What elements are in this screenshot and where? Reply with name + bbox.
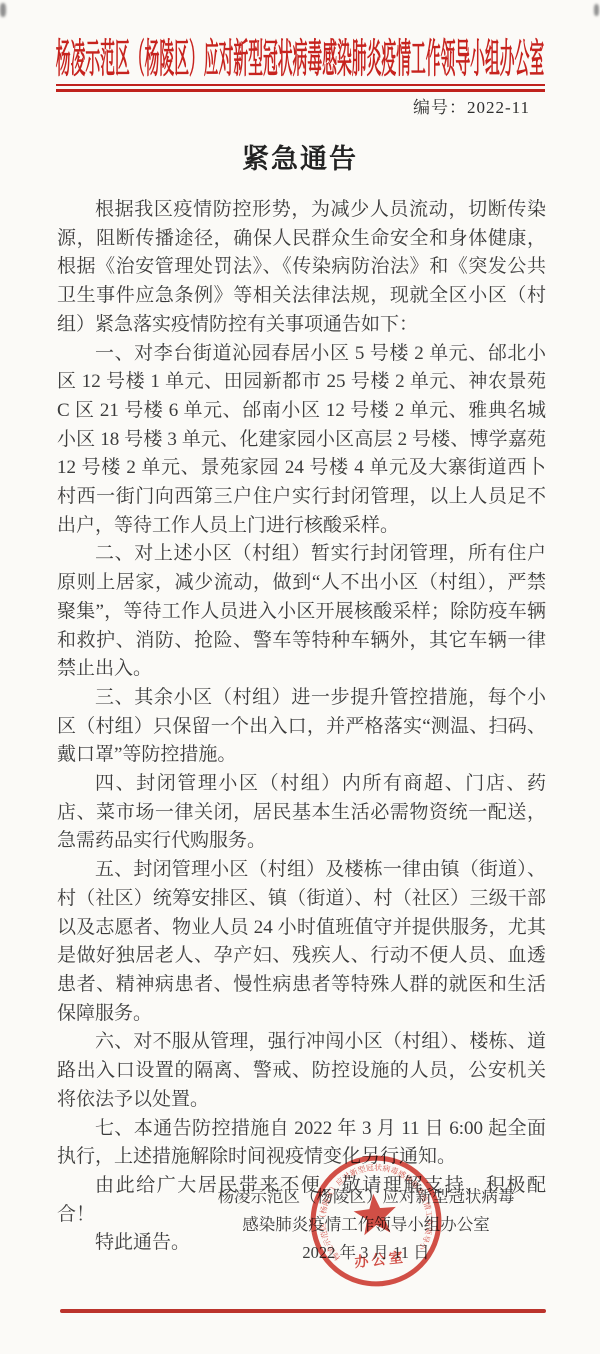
seal-bottom-text: 办公室 <box>353 1249 406 1271</box>
notice-title: 紧急通告 <box>0 137 600 176</box>
letterhead-divider <box>56 84 545 92</box>
paragraph-clause-2: 二、对上述小区（村组）暂实行封闭管理，所有住户原则上居家，减少流动，做到“人不出… <box>57 540 546 684</box>
paragraph-clause-1: 一、对李台街道沁园春居小区 5 号楼 2 单元、邰北小区 12 号楼 1 单元、… <box>57 340 546 541</box>
paragraph-clause-3: 三、其余小区（村组）进一步提升管控措施，每个小区（村组）只保留一个出入口，并严格… <box>57 684 546 770</box>
paragraph-clause-7: 七、本通告防控措施自 2022 年 3 月 11 日 6:00 起全面执行，上述… <box>57 1115 546 1172</box>
official-seal: 杨凌示范区（杨陵区）应对新型冠状病毒感染肺炎疫情工作领导小组 办公室 <box>305 1150 447 1292</box>
letterhead-org-title: 杨凌示范区（杨陵区）应对新型冠状病毒感染肺炎疫情工作领导小组办公室 <box>56 27 544 84</box>
notice-document: 杨凌示范区（杨陵区）应对新型冠状病毒感染肺炎疫情工作领导小组办公室 编号：202… <box>0 0 600 1354</box>
letterhead: 杨凌示范区（杨陵区）应对新型冠状病毒感染肺炎疫情工作领导小组办公室 <box>0 30 600 80</box>
scan-artifact <box>594 4 599 16</box>
star-icon <box>352 1192 398 1237</box>
paragraph-clause-5: 五、封闭管理小区（村组）及楼栋一律由镇（街道）、村（社区）统筹安排区、镇（街道）… <box>57 856 546 1028</box>
notice-body: 根据我区疫情防控形势，为减少人员流动，切断传染源，阻断传播途径，确保人民群众生命… <box>57 196 546 1258</box>
scan-artifact <box>0 3 6 17</box>
footer-divider <box>60 1309 546 1313</box>
paragraph-clause-4: 四、封闭管理小区（村组）内所有商超、门店、药店、菜市场一律关闭，居民基本生活必需… <box>57 770 546 856</box>
paragraph-intro: 根据我区疫情防控形势，为减少人员流动，切断传染源，阻断传播途径，确保人民群众生命… <box>57 196 546 340</box>
doc-number: 编号：2022-11 <box>0 93 530 118</box>
paragraph-clause-6: 六、对不服从管理，强行冲闯小区（村组）、楼栋、道路出入口设置的隔离、警戒、防控设… <box>57 1028 546 1114</box>
